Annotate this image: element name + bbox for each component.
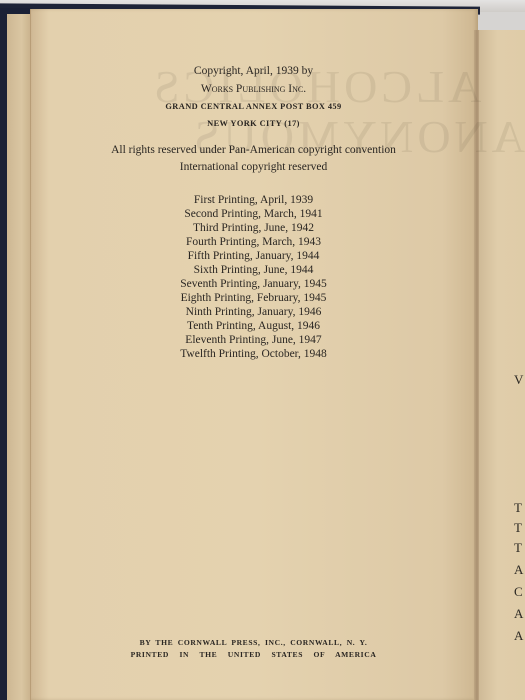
printing-entry: Second Printing, March, 1941 (30, 207, 477, 221)
facing-letter: A (514, 628, 523, 644)
printing-entry: Eighth Printing, February, 1945 (30, 291, 477, 305)
facing-letter: A (514, 562, 523, 578)
rights-statement: All rights reserved under Pan-American c… (30, 143, 477, 157)
printing-entry: Tenth Printing, August, 1946 (30, 319, 477, 333)
printing-entry: Ninth Printing, January, 1946 (30, 305, 477, 319)
copyright-page-text: Copyright, April, 1939 by Works Publishi… (30, 0, 477, 700)
international-rights: International copyright reserved (30, 160, 477, 174)
facing-letter: V (514, 372, 523, 388)
facing-letter: T (514, 520, 522, 536)
printing-entry: Fifth Printing, January, 1944 (30, 249, 477, 263)
facing-page-text: V T T T A C A A (514, 0, 525, 700)
printing-entry: Third Printing, June, 1942 (30, 221, 477, 235)
facing-letter: C (514, 584, 523, 600)
facing-letter: T (514, 500, 522, 516)
printing-entry: Twelfth Printing, October, 1948 (30, 347, 477, 361)
publisher-name: Works Publishing Inc. (30, 82, 477, 96)
printing-entry: Eleventh Printing, June, 1947 (30, 333, 477, 347)
facing-letter: T (514, 540, 522, 556)
publisher-address: GRAND CENTRAL ANNEX POST BOX 459 (30, 100, 477, 114)
printed-in-usa: PRINTED IN THE UNITED STATES OF AMERICA (30, 648, 477, 662)
publisher-city: NEW YORK CITY (17) (30, 117, 477, 131)
endpaper-strip (7, 14, 32, 700)
printing-entry: Sixth Printing, June, 1944 (30, 263, 477, 277)
copyright-line: Copyright, April, 1939 by (30, 64, 477, 78)
printing-entry: Fourth Printing, March, 1943 (30, 235, 477, 249)
printing-entry: First Printing, April, 1939 (30, 193, 477, 207)
facing-letter: A (514, 606, 523, 622)
printing-entry: Seventh Printing, January, 1945 (30, 277, 477, 291)
